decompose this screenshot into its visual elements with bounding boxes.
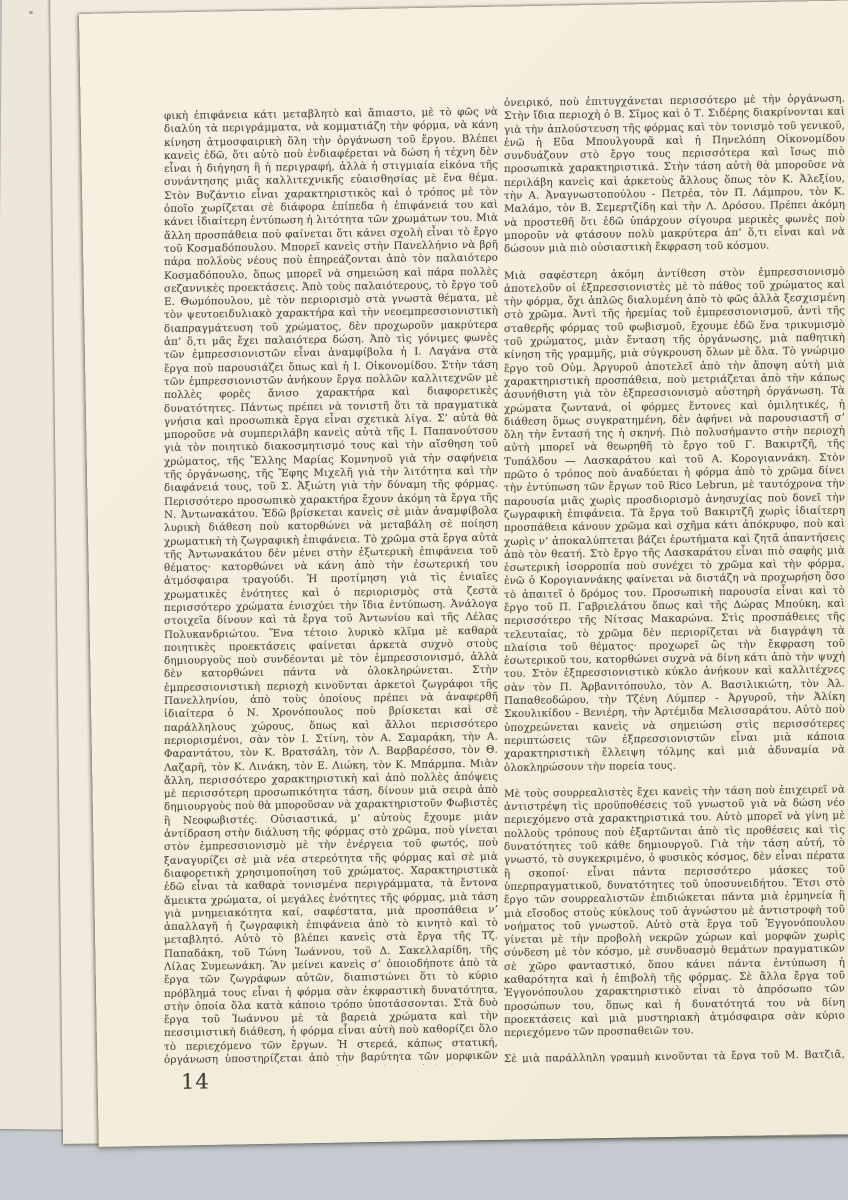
right-column-text-block: ὀνειρικό, ποὺ ἐπιτυγχάνεται περισσότερο … — [504, 93, 845, 1063]
right-column-paragraph: Μιὰ σαφέστερη ἀκόμη ἀντίθεση στὸν ἐμπρεσ… — [504, 265, 845, 775]
scan-background: φικὴ ἐπιφάνεια κάτι μεταβλητὸ καὶ ἄπιαστ… — [0, 0, 848, 1200]
paper-speck — [219, 255, 222, 258]
text-column-left: φικὴ ἐπιφάνεια κάτι μεταβλητὸ καὶ ἄπιαστ… — [164, 106, 498, 1120]
text-column-right: ὀνειρικό, ποὺ ἐπιτυγχάνεται περισσότερο … — [504, 93, 845, 1107]
page-number: 14 — [181, 1075, 210, 1089]
right-column-paragraph: Σὲ μιὰ παράλληλη γραμμὴ κινοῦνται τὰ ἔργ… — [504, 1049, 845, 1063]
right-column-paragraph: Μὲ τοὺς σουρρεαλιστὲς ἔχει κανεὶς τὴν τά… — [504, 783, 845, 1040]
left-column-paragraph: φικὴ ἐπιφάνεια κάτι μεταβλητὸ καὶ ἄπιαστ… — [164, 106, 498, 1068]
right-column-paragraph: ὀνειρικό, ποὺ ἐπιτυγχάνεται περισσότερο … — [504, 93, 845, 257]
ink-speck — [29, 11, 33, 14]
left-column-text-block: φικὴ ἐπιφάνεια κάτι μεταβλητὸ καὶ ἄπιαστ… — [164, 106, 498, 1068]
